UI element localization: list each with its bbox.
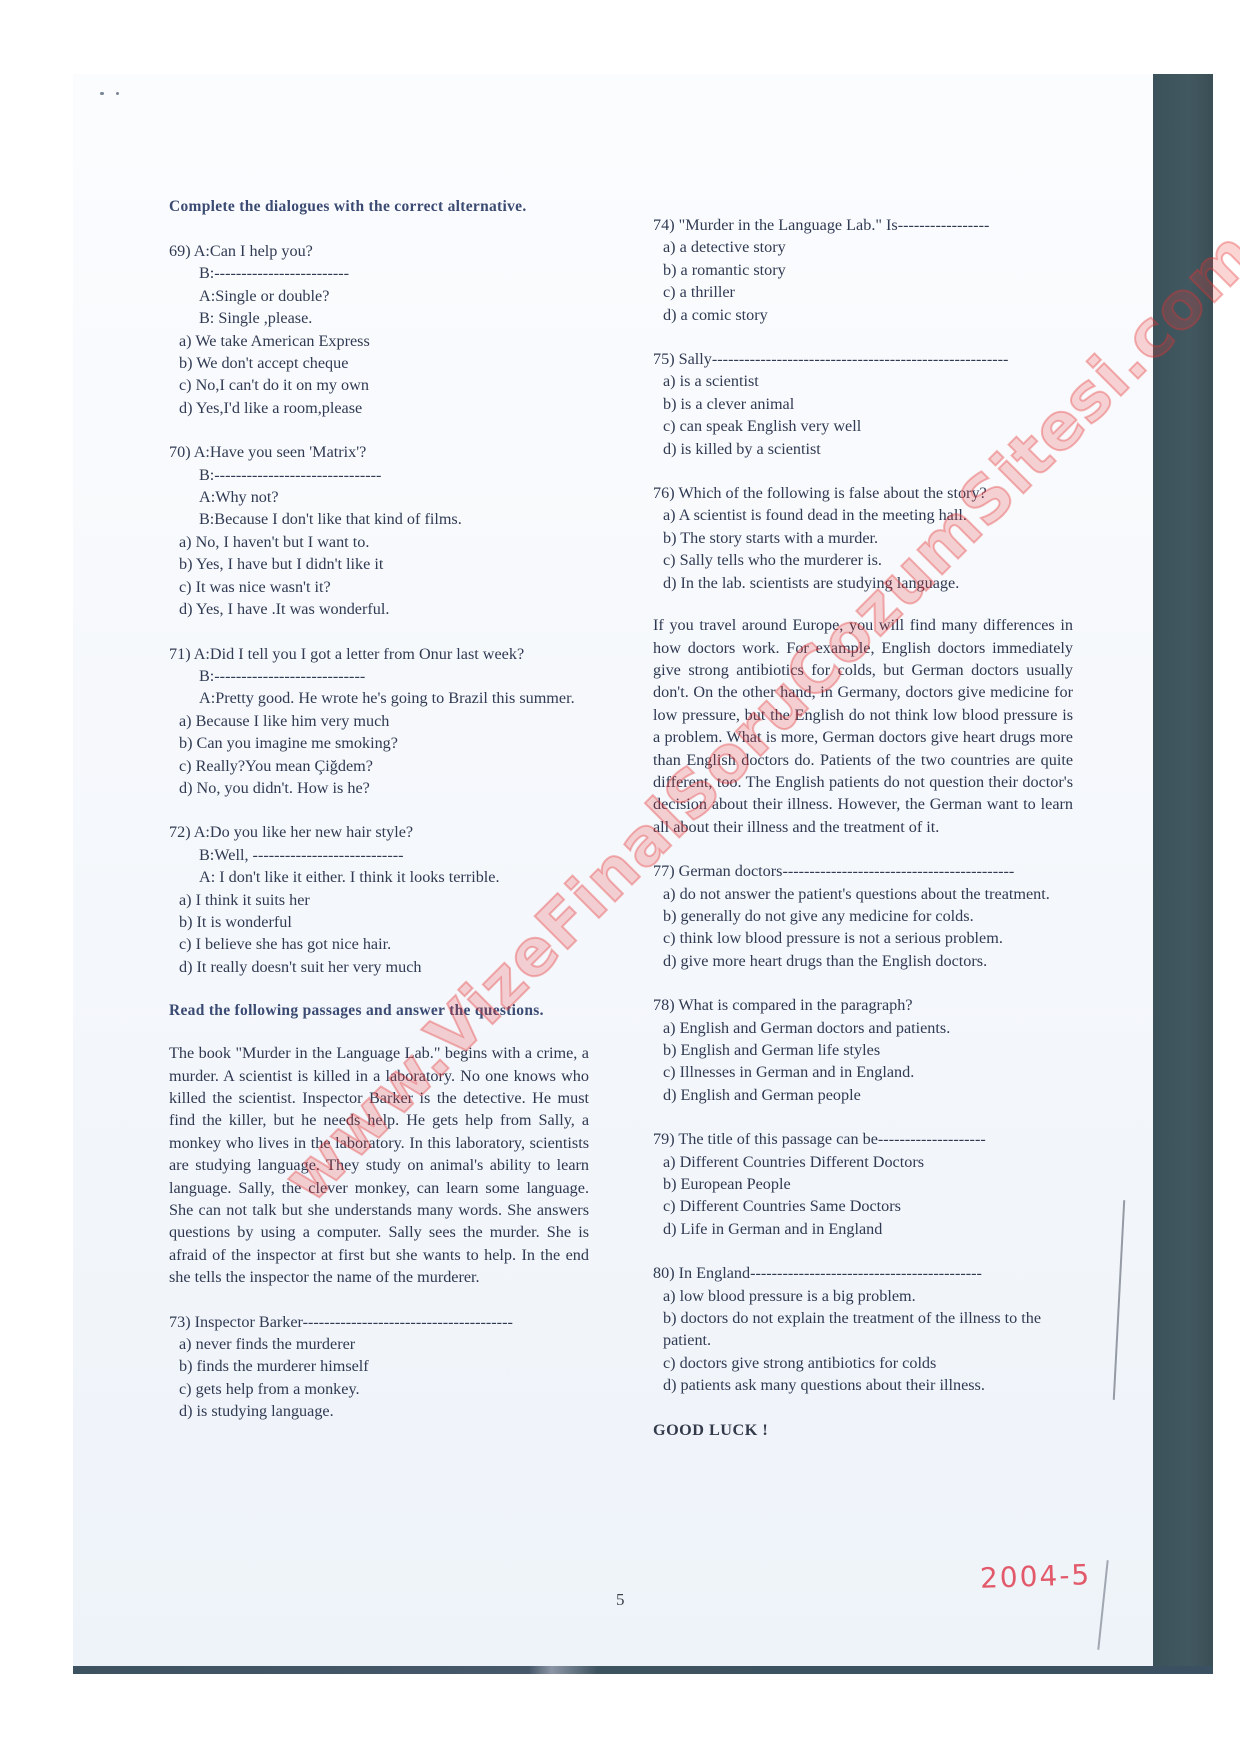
question-stem: 80) In England--------------------------… [653, 1262, 1073, 1284]
option-d: d) Life in German and in England [653, 1218, 1073, 1240]
option-d: d) give more heart drugs than the Englis… [653, 950, 1073, 972]
right-column: 74) "Murder in the Language Lab." Is----… [653, 214, 1073, 1441]
section-heading-dialogues: Complete the dialogues with the correct … [169, 196, 589, 218]
option-d: d) No, you didn't. How is he? [169, 777, 589, 799]
option-c: c) Different Countries Same Doctors [653, 1195, 1073, 1217]
dialog-line: B:------------------------- [169, 262, 589, 284]
dialog-line: B:---------------------------- [169, 665, 589, 687]
option-b: b) Can you imagine me smoking? [169, 732, 589, 754]
option-c: c) Sally tells who the murderer is. [653, 549, 1073, 571]
option-a: a) No, I haven't but I want to. [169, 531, 589, 553]
dialog-line: B:Because I don't like that kind of film… [169, 508, 589, 530]
option-d: d) Yes, I have .It was wonderful. [169, 598, 589, 620]
option-d: d) is studying language. [169, 1400, 589, 1422]
question-73: 73) Inspector Barker--------------------… [169, 1311, 589, 1423]
dialog-line: A: I don't like it either. I think it lo… [169, 866, 589, 888]
question-stem: 69) A:Can I help you? [169, 240, 589, 262]
option-a: a) a detective story [653, 236, 1073, 258]
dialog-line: A:Single or double? [169, 285, 589, 307]
option-d: d) is killed by a scientist [653, 438, 1073, 460]
option-a: a) low blood pressure is a big problem. [653, 1285, 1073, 1307]
question-79: 79) The title of this passage can be----… [653, 1128, 1073, 1240]
option-a: a) never finds the murderer [169, 1333, 589, 1355]
option-c: c) a thriller [653, 281, 1073, 303]
option-a: a) I think it suits her [169, 889, 589, 911]
scan-speck [116, 92, 119, 95]
option-d: d) English and German people [653, 1084, 1073, 1106]
dialog-line: A:Why not? [169, 486, 589, 508]
option-b: b) generally do not give any medicine fo… [653, 905, 1073, 927]
option-b: b) It is wonderful [169, 911, 589, 933]
question-71: 71) A:Did I tell you I got a letter from… [169, 643, 589, 800]
option-a: a) is a scientist [653, 370, 1073, 392]
option-c: c) I believe she has got nice hair. [169, 933, 589, 955]
scan-edge-right [1153, 74, 1213, 1674]
question-76: 76) Which of the following is false abou… [653, 482, 1073, 594]
option-c: c) think low blood pressure is not a ser… [653, 927, 1073, 949]
option-d: d) patients ask many questions about the… [653, 1374, 1073, 1396]
passage-murder-lab: The book "Murder in the Language Lab." b… [169, 1042, 589, 1288]
option-b: b) Yes, I have but I didn't like it [169, 553, 589, 575]
option-b: b) We don't accept cheque [169, 352, 589, 374]
option-c: c) Really?You mean Çiğdem? [169, 755, 589, 777]
option-a: a) English and German doctors and patien… [653, 1017, 1073, 1039]
option-b: b) English and German life styles [653, 1039, 1073, 1061]
closing-text: GOOD LUCK ! [653, 1419, 1073, 1441]
option-b: b) finds the murderer himself [169, 1355, 589, 1377]
scan-edge-bottom [73, 1666, 1213, 1674]
option-b: b) is a clever animal [653, 393, 1073, 415]
question-75: 75) Sally-------------------------------… [653, 348, 1073, 460]
handwritten-note: 2004-5 [979, 1558, 1091, 1595]
option-d: d) In the lab. scientists are studying l… [653, 572, 1073, 594]
question-70: 70) A:Have you seen 'Matrix'? B:--------… [169, 441, 589, 620]
question-69: 69) A:Can I help you? B:----------------… [169, 240, 589, 419]
passage-doctors: If you travel around Europe, you will fi… [653, 614, 1073, 838]
dialog-line: B:Well, ---------------------------- [169, 844, 589, 866]
question-72: 72) A:Do you like her new hair style? B:… [169, 821, 589, 978]
question-74: 74) "Murder in the Language Lab." Is----… [653, 214, 1073, 326]
question-80: 80) In England--------------------------… [653, 1262, 1073, 1396]
option-b: b) a romantic story [653, 259, 1073, 281]
option-c: c) It was nice wasn't it? [169, 576, 589, 598]
option-c: c) gets help from a monkey. [169, 1378, 589, 1400]
option-c: c) Illnesses in German and in England. [653, 1061, 1073, 1083]
question-stem: 74) "Murder in the Language Lab." Is----… [653, 214, 1073, 236]
question-stem: 75) Sally-------------------------------… [653, 348, 1073, 370]
option-b: b) doctors do not explain the treatment … [653, 1307, 1073, 1352]
question-stem: 77) German doctors----------------------… [653, 860, 1073, 882]
question-stem: 79) The title of this passage can be----… [653, 1128, 1073, 1150]
option-c: c) doctors give strong antibiotics for c… [653, 1352, 1073, 1374]
option-d: d) a comic story [653, 304, 1073, 326]
dialog-line: A:Pretty good. He wrote he's going to Br… [169, 687, 589, 709]
option-a: a) Different Countries Different Doctors [653, 1151, 1073, 1173]
question-stem: 73) Inspector Barker--------------------… [169, 1311, 589, 1333]
left-column: Complete the dialogues with the correct … [169, 196, 589, 1423]
option-a: a) do not answer the patient's questions… [653, 883, 1073, 905]
option-a: a) Because I like him very much [169, 710, 589, 732]
dialog-line: B: Single ,please. [169, 307, 589, 329]
page-number: 5 [616, 1590, 625, 1610]
option-c: c) can speak English very well [653, 415, 1073, 437]
question-stem: 70) A:Have you seen 'Matrix'? [169, 441, 589, 463]
question-stem: 71) A:Did I tell you I got a letter from… [169, 643, 589, 665]
dialog-text: A:Pretty good. He wrote he's going to Br… [169, 689, 575, 707]
option-a: a) We take American Express [169, 330, 589, 352]
question-stem: 78) What is compared in the paragraph? [653, 994, 1073, 1016]
section-heading-passages: Read the following passages and answer t… [169, 1000, 589, 1022]
dialog-line: B:------------------------------- [169, 464, 589, 486]
option-a: a) A scientist is found dead in the meet… [653, 504, 1073, 526]
option-c: c) No,I can't do it on my own [169, 374, 589, 396]
option-d: d) It really doesn't suit her very much [169, 956, 589, 978]
question-78: 78) What is compared in the paragraph? a… [653, 994, 1073, 1106]
option-d: d) Yes,I'd like a room,please [169, 397, 589, 419]
scan-speck [100, 92, 104, 95]
option-b: b) European People [653, 1173, 1073, 1195]
question-77: 77) German doctors----------------------… [653, 860, 1073, 972]
question-stem: 72) A:Do you like her new hair style? [169, 821, 589, 843]
question-stem: 76) Which of the following is false abou… [653, 482, 1073, 504]
option-b: b) The story starts with a murder. [653, 527, 1073, 549]
